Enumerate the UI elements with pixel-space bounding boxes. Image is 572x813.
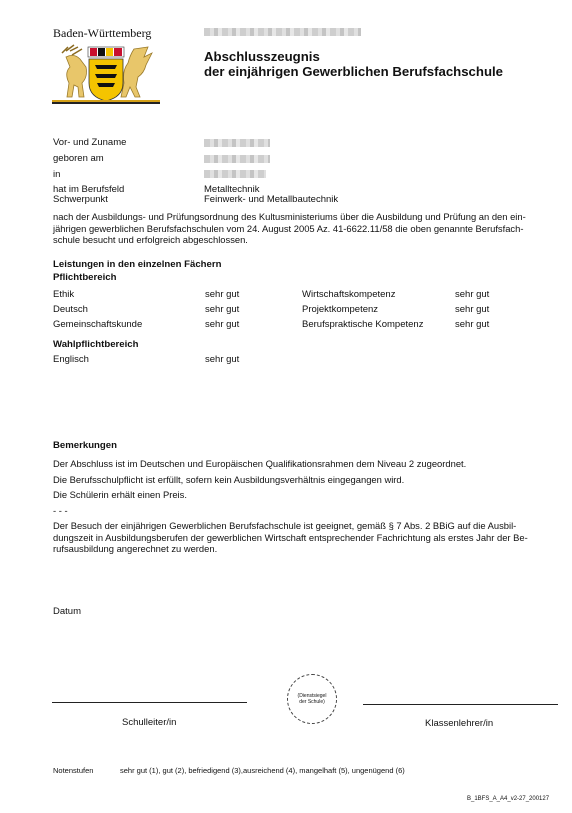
intro-line: nach der Ausbildungs- und Prüfungsordnun… (53, 211, 543, 223)
school-name-redacted (204, 28, 361, 36)
coat-of-arms-icon (52, 43, 160, 105)
name-label: Vor- und Zuname (53, 137, 126, 148)
remark-line: Der Abschluss ist im Deutschen und Europ… (53, 456, 543, 472)
document-title: Abschlusszeugnis der einjährigen Gewerbl… (204, 49, 503, 79)
grade-projektkompetenz: sehr gut (455, 304, 489, 315)
principal-label: Schulleiter/in (122, 717, 176, 728)
remark-line: - - - (53, 503, 543, 519)
birth-value-redacted (204, 155, 270, 163)
focus-label: Schwerpunkt (53, 194, 108, 205)
date-label: Datum (53, 606, 81, 617)
focus-value: Feinwerk- und Metallbautechnik (204, 194, 338, 205)
grade-berufspraktische-kompetenz: sehr gut (455, 319, 489, 330)
grade-englisch: sehr gut (205, 354, 239, 365)
grade-scale-label: Notenstufen (53, 766, 93, 775)
intro-line: jährigen gewerblichen Berufsfachschulen … (53, 223, 543, 235)
subject-projektkompetenz: Projektkompetenz (302, 304, 378, 315)
subject-englisch: Englisch (53, 354, 89, 365)
principal-signature-line (52, 702, 247, 703)
grade-deutsch: sehr gut (205, 304, 239, 315)
recognition-line: Der Besuch der einjährigen Gewerblichen … (53, 520, 543, 532)
title-line-2: der einjährigen Gewerblichen Berufsfachs… (204, 64, 503, 79)
grade-wirtschaftskompetenz: sehr gut (455, 289, 489, 300)
grade-scale-text: sehr gut (1), gut (2), befriedigend (3),… (120, 766, 405, 775)
teacher-signature-line (363, 704, 558, 705)
subject-berufspraktische-kompetenz: Berufspraktische Kompetenz (302, 319, 423, 330)
teacher-label: Klassenlehrer/in (425, 718, 493, 729)
recognition-line: rufsausbildung angerechnet zu werden. (53, 543, 543, 555)
grade-ethik: sehr gut (205, 289, 239, 300)
remarks-list: Der Abschluss ist im Deutschen und Europ… (53, 456, 543, 518)
state-name: Baden-Württemberg (53, 26, 151, 41)
title-line-1: Abschlusszeugnis (204, 49, 503, 64)
mandatory-title: Pflichtbereich (53, 272, 116, 283)
place-label: in (53, 169, 60, 180)
grades-section-title: Leistungen in den einzelnen Fächern (53, 259, 221, 270)
form-code: B_1BFS_A_A4_v2-27_200127 (467, 796, 549, 802)
subject-deutsch: Deutsch (53, 304, 88, 315)
subject-gemeinschaftskunde: Gemeinschaftskunde (53, 319, 142, 330)
remarks-title: Bemerkungen (53, 440, 117, 451)
subject-ethik: Ethik (53, 289, 74, 300)
recognition-line: dungszeit in Ausbildungsberufen der gewe… (53, 532, 543, 544)
intro-paragraph: nach der Ausbildungs- und Prüfungsordnun… (53, 211, 543, 246)
official-seal-placeholder: (Dienstsiegel der Schule) (287, 674, 337, 724)
seal-line-2: der Schule) (298, 699, 327, 705)
remark-line: Die Schülerin erhält einen Preis. (53, 487, 543, 503)
subject-wirtschaftskompetenz: Wirtschaftskompetenz (302, 289, 395, 300)
elective-title: Wahlpflichtbereich (53, 339, 138, 350)
place-value-redacted (204, 170, 266, 178)
recognition-paragraph: Der Besuch der einjährigen Gewerblichen … (53, 520, 543, 555)
grade-gemeinschaftskunde: sehr gut (205, 319, 239, 330)
birth-label: geboren am (53, 153, 104, 164)
name-value-redacted (204, 139, 270, 147)
intro-line: schule besucht und erfolgreich abgeschlo… (53, 234, 543, 246)
remark-line: Die Berufsschulpflicht ist erfüllt, sofe… (53, 472, 543, 488)
